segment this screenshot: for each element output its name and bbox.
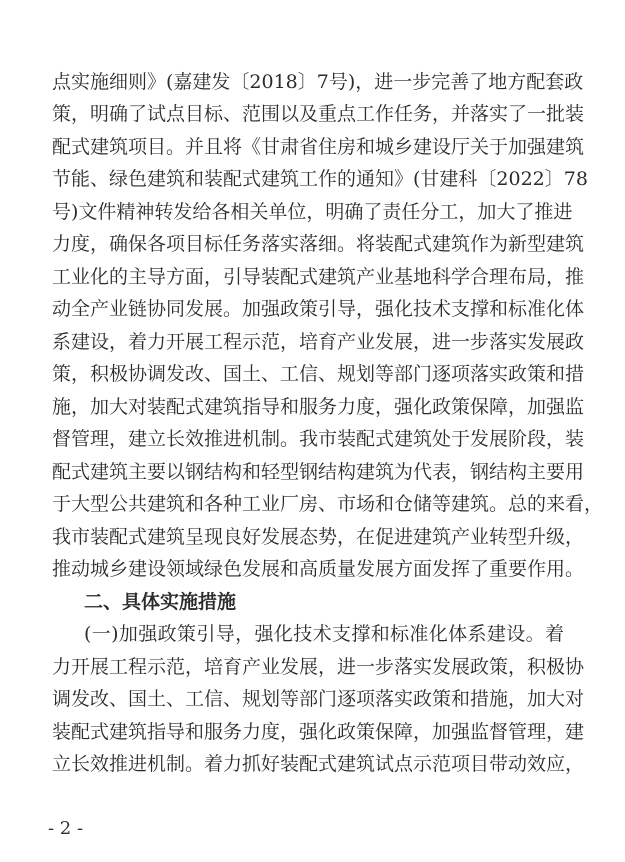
- body-line: 力度，确保各项目标任务落实落细。将装配式建筑作为新型建筑: [52, 229, 564, 259]
- body-line: 节能、绿色建筑和装配式建筑工作的通知》(甘建科〔2022〕78: [52, 164, 564, 194]
- section-line: 装配式建筑指导和服务力度，强化政策保障，加强监督管理，建: [52, 717, 564, 747]
- body-line: 督管理，建立长效推进机制。我市装配式建筑处于发展阶段，装: [52, 424, 564, 454]
- body-line: 系建设，着力开展工程示范，培育产业发展，进一步落实发展政: [52, 327, 564, 357]
- body-line: 点实施细则》(嘉建发〔2018〕7号)，进一步完善了地方配套政: [52, 67, 564, 97]
- section-line: 力开展工程示范，培育产业发展，进一步落实发展政策，积极协: [52, 652, 564, 682]
- document-page: 点实施细则》(嘉建发〔2018〕7号)，进一步完善了地方配套政 策，明确了试点目…: [0, 0, 625, 862]
- section-line: (一)加强政策引导，强化技术支撑和标准化体系建设。着: [84, 619, 564, 649]
- body-line: 施，加大对装配式建筑指导和服务力度，强化政策保障，加强监: [52, 392, 564, 422]
- body-line: 动全产业链协同发展。加强政策引导，强化技术支撑和标准化体: [52, 294, 564, 324]
- body-line: 策，明确了试点目标、范围以及重点工作任务，并落实了一批装: [52, 99, 564, 129]
- body-line: 号)文件精神转发给各相关单位，明确了责任分工，加大了推进: [52, 197, 564, 227]
- section-line: 立长效推进机制。着力抓好装配式建筑试点示范项目带动效应，: [52, 749, 564, 779]
- section-line: 调发改、国土、工信、规划等部门逐项落实政策和措施，加大对: [52, 684, 564, 714]
- body-line: 于大型公共建筑和各种工业厂房、市场和仓储等建筑。总的来看，: [52, 489, 564, 519]
- body-line: 工业化的主导方面，引导装配式建筑产业基地科学合理布局，推: [52, 262, 564, 292]
- page-number: - 2 -: [48, 818, 83, 840]
- body-line: 配式建筑主要以钢结构和轻型钢结构建筑为代表，钢结构主要用: [52, 457, 564, 487]
- body-line: 策，积极协调发改、国土、工信、规划等部门逐项落实政策和措: [52, 359, 564, 389]
- body-line: 配式建筑项目。并且将《甘肃省住房和城乡建设厅关于加强建筑: [52, 132, 564, 162]
- body-line: 我市装配式建筑呈现良好发展态势，在促进建筑产业转型升级，: [52, 522, 564, 552]
- body-line: 推动城乡建设领域绿色发展和高质量发展方面发挥了重要作用。: [52, 554, 564, 584]
- section-heading: 二、具体实施措施: [84, 587, 236, 617]
